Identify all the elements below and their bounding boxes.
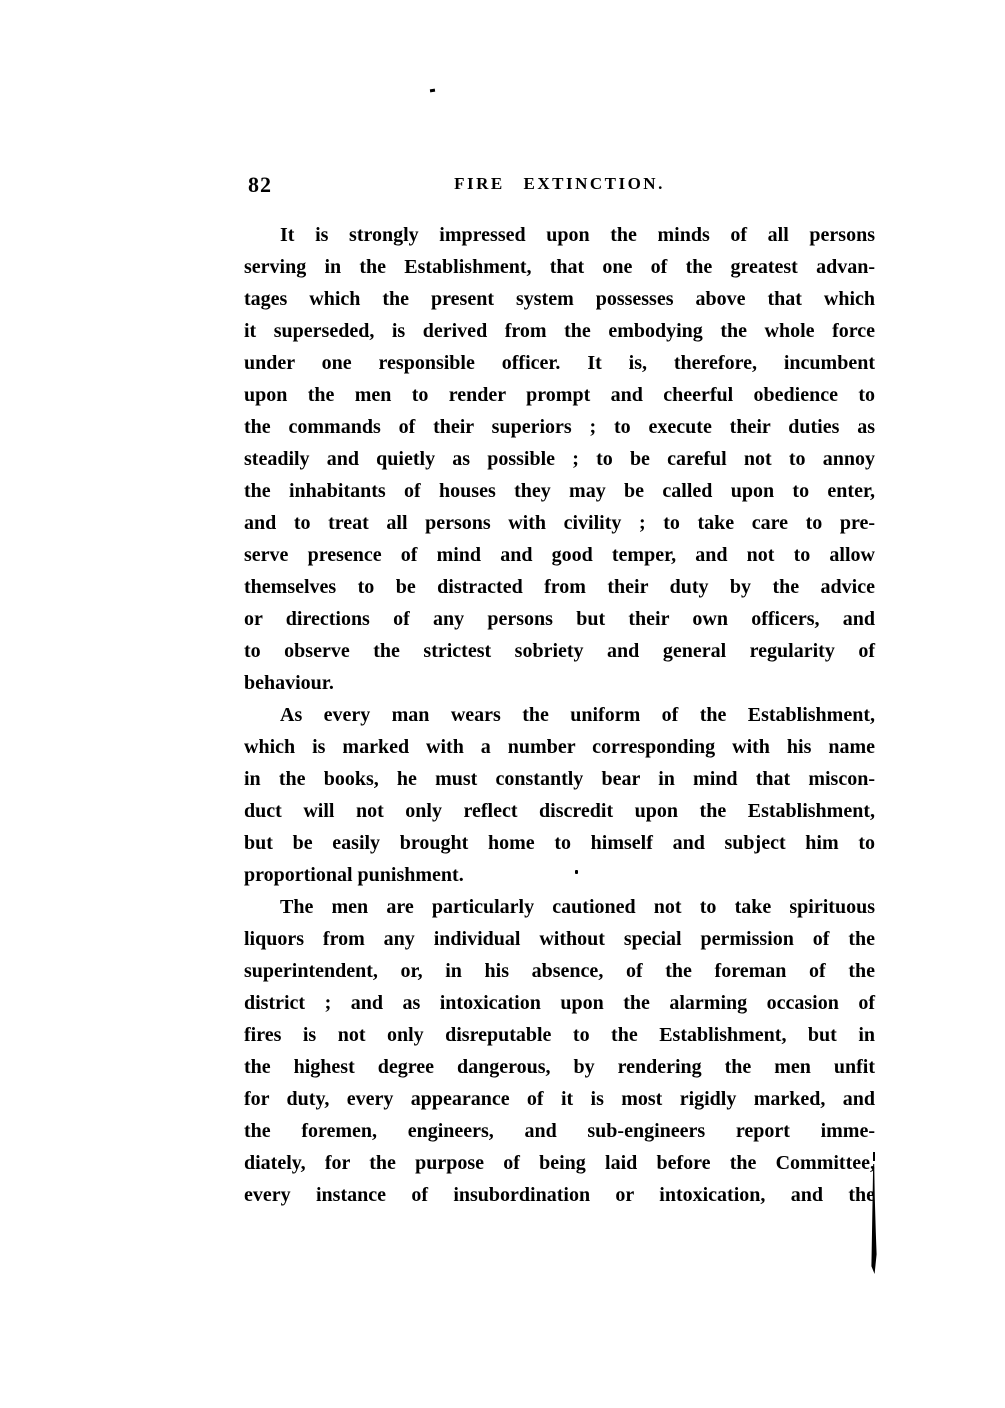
text-block: It is strongly impressed upon the minds … (244, 219, 875, 1211)
text-line: but be easily brought home to himself an… (244, 827, 875, 859)
page-header: 82 FIRE EXTINCTION. (244, 172, 875, 200)
text-line: themselves to be distracted from their d… (244, 571, 875, 603)
ink-speck-artifact (430, 89, 435, 93)
ink-dot-artifact (575, 870, 578, 874)
text-line: district ; and as intoxication upon the … (244, 987, 875, 1019)
ink-streak-body (869, 1164, 877, 1274)
text-line: it superseded, is derived from the embod… (244, 315, 875, 347)
text-line: to observe the strictest sobriety and ge… (244, 635, 875, 667)
scanned-book-page: 82 FIRE EXTINCTION. It is strongly impre… (0, 0, 1005, 1408)
text-line: the foremen, engineers, and sub-engineer… (244, 1115, 875, 1147)
text-line: the highest degree dangerous, by renderi… (244, 1051, 875, 1083)
text-line: diately, for the purpose of being laid b… (244, 1147, 875, 1179)
text-line: or directions of any persons but their o… (244, 603, 875, 635)
text-line: every instance of insubordination or int… (244, 1179, 875, 1211)
text-line: serving in the Establishment, that one o… (244, 251, 875, 283)
text-line: for duty, every appearance of it is most… (244, 1083, 875, 1115)
text-line: The men are particularly cautioned not t… (244, 891, 875, 923)
text-line: superintendent, or, in his absence, of t… (244, 955, 875, 987)
text-line: proportional punishment. (244, 859, 875, 891)
ink-streak-dash (873, 1152, 875, 1161)
text-line: the commands of their superiors ; to exe… (244, 411, 875, 443)
text-line: It is strongly impressed upon the minds … (244, 219, 875, 251)
text-line: steadily and quietly as possible ; to be… (244, 443, 875, 475)
text-line: liquors from any individual without spec… (244, 923, 875, 955)
text-line: serve presence of mind and good temper, … (244, 539, 875, 571)
text-line: duct will not only reflect discredit upo… (244, 795, 875, 827)
text-line: which is marked with a number correspond… (244, 731, 875, 763)
text-line: and to treat all persons with civility ;… (244, 507, 875, 539)
text-line: in the books, he must constantly bear in… (244, 763, 875, 795)
text-line: the inhabitants of houses they may be ca… (244, 475, 875, 507)
text-line: As every man wears the uniform of the Es… (244, 699, 875, 731)
text-line: upon the men to render prompt and cheerf… (244, 379, 875, 411)
text-line: fires is not only disreputable to the Es… (244, 1019, 875, 1051)
running-title: FIRE EXTINCTION. (244, 174, 875, 194)
text-line: behaviour. (244, 667, 875, 699)
text-line: under one responsible officer. It is, th… (244, 347, 875, 379)
ink-streak-artifact (869, 1152, 877, 1274)
text-line: tages which the present system possesses… (244, 283, 875, 315)
